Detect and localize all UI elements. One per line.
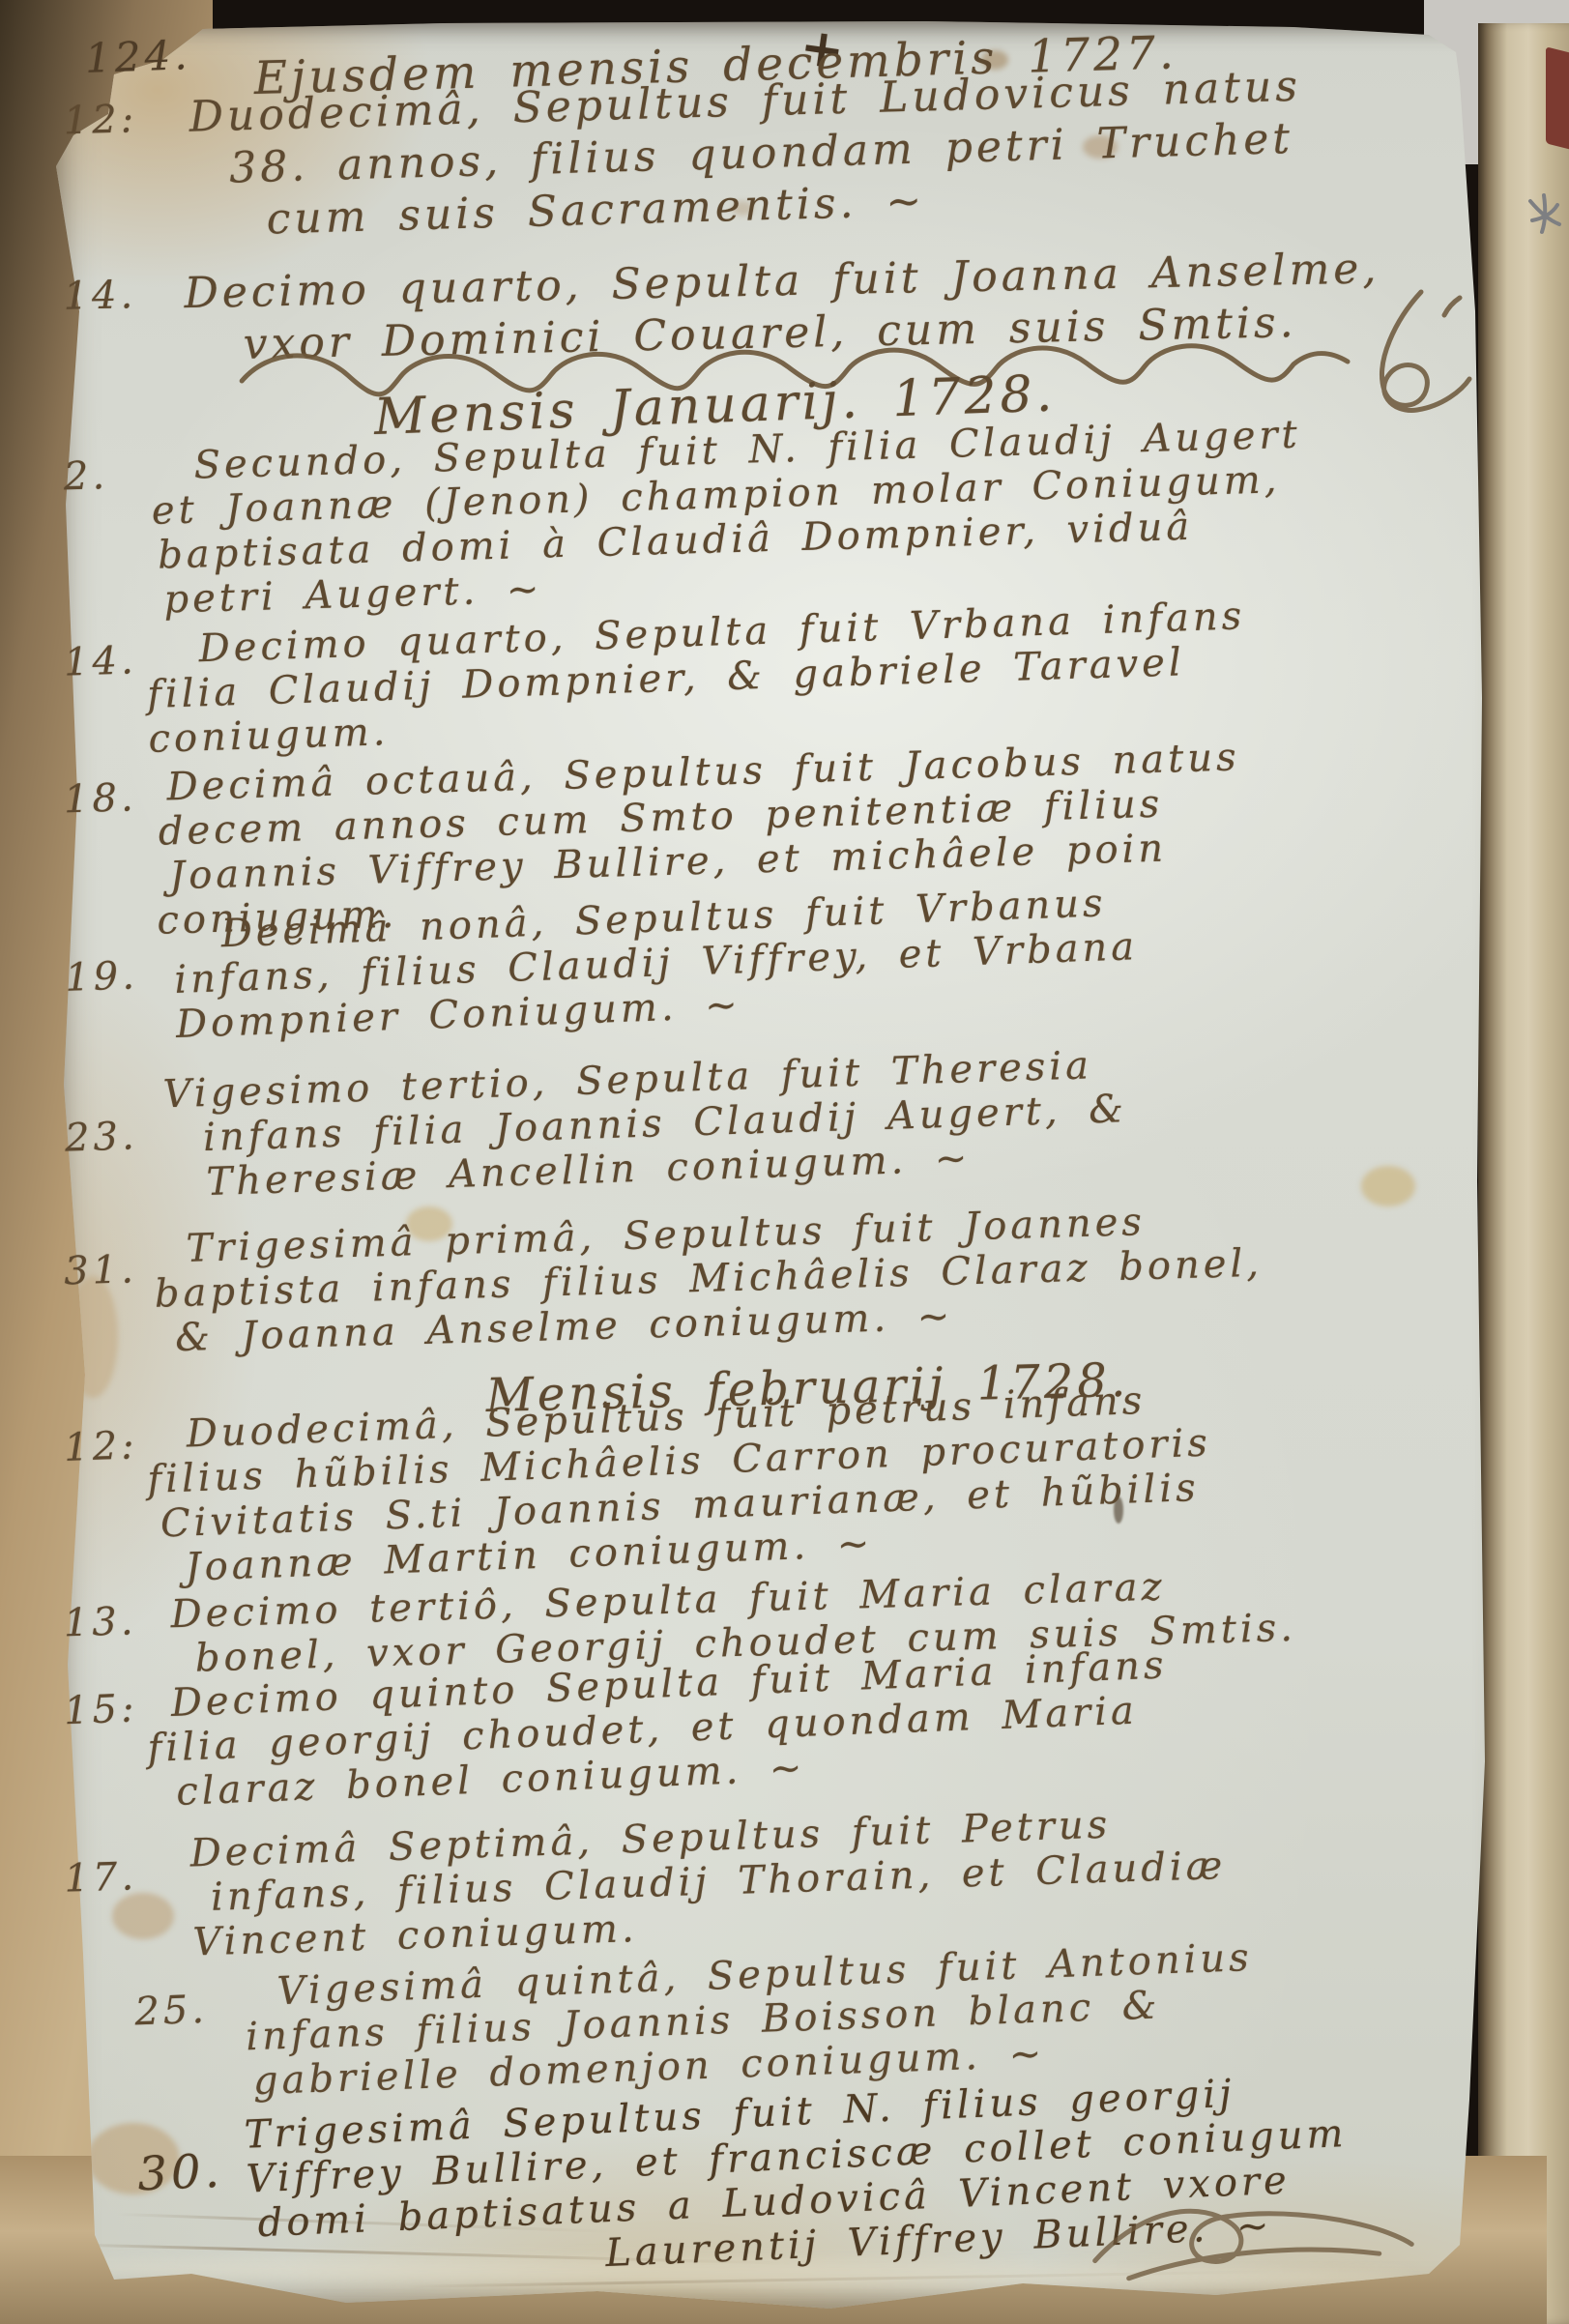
burial-entry: 2. Secundo, Sepulta fuit N. filia Claudi… [145,413,1305,623]
page-number: 124. [84,31,191,82]
paraph-flourish [1328,286,1473,431]
entry-day: 31. [64,1247,138,1293]
manuscript-photo: 124. + Ejusdem mensis decembris 1727. 12… [0,0,1569,2324]
handwritten-ink-layer: 124. + Ejusdem mensis decembris 1727. 12… [0,0,1569,2324]
burial-entry: 31. Trigesimâ primâ, Sepultus fuit Joann… [145,1197,1264,1361]
entry-day: 17. [64,1854,138,1901]
burial-entry: 14. Decimo quarto, Sepulta fuit Vrbana i… [145,594,1249,762]
end-flourish [1086,2182,1419,2306]
burial-entry: 12: Duodecimâ, Sepultus fuit petrus infa… [145,1377,1215,1591]
burial-entry: 12: Duodecimâ, Sepultus fuit Ludovicus n… [145,61,1305,249]
entry-day: 25. [134,1988,209,2035]
entry-day: 14. [63,269,137,323]
entry-day: 18. [63,775,137,822]
entry-day: 12: [63,93,138,147]
entry-day: 12: [63,1423,138,1470]
entry-day: 2. [63,453,108,499]
entry-day: 13. [63,1599,137,1645]
entry-day: 19. [64,953,138,1001]
entry-day: 14. [63,638,137,684]
entry-day: 23. [64,1114,138,1160]
entry-day: 15: [63,1686,138,1733]
burial-entry: 23. Vigesimo tertio, Sepulta fuit Theres… [145,1042,1129,1206]
entry-day: 30. [137,2149,224,2197]
